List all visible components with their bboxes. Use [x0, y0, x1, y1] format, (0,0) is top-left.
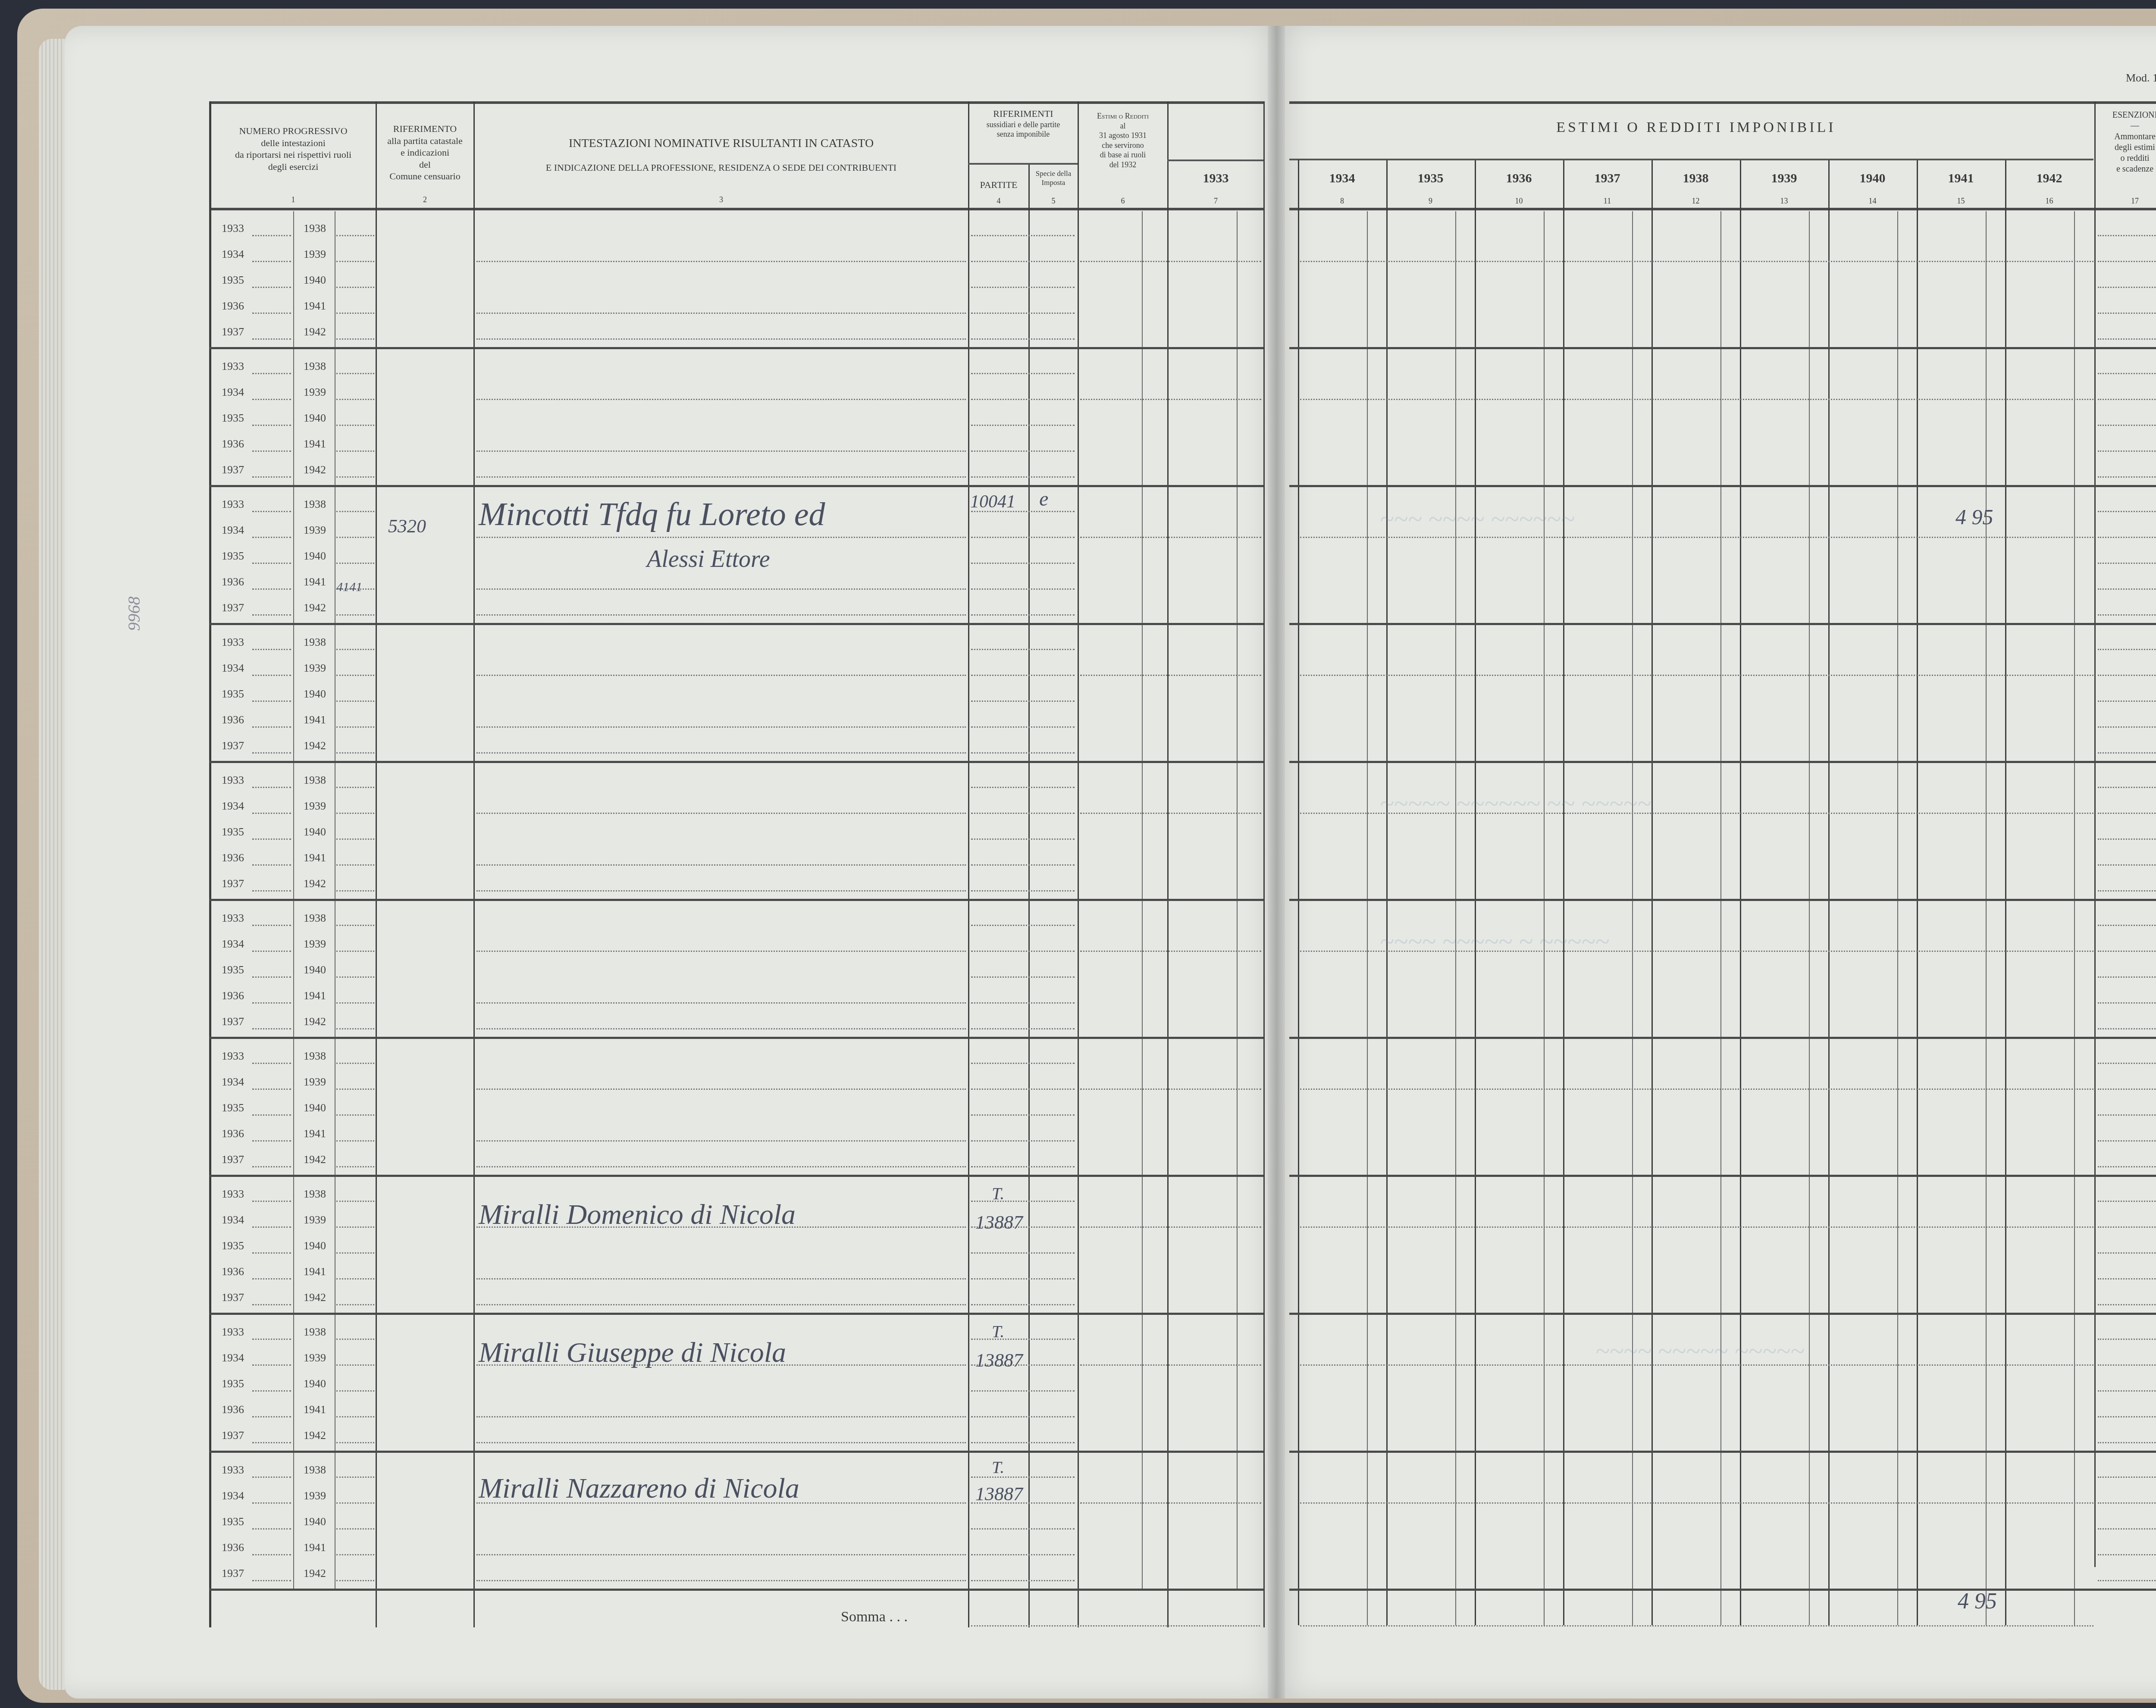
dotted-leader — [2098, 675, 2156, 676]
dotted-leader — [2098, 425, 2156, 426]
col1-line-2: da riportarsi nei rispettivi ruoli — [211, 149, 375, 161]
dotted-leader — [336, 1278, 374, 1279]
block-separator — [1289, 623, 2156, 625]
esenzioni-line-3: o redditi — [2095, 153, 2156, 164]
dotted-leader — [1300, 399, 2093, 400]
dotted-leader — [252, 313, 291, 314]
dotted-leader — [336, 675, 374, 676]
row-year-right: 1941 — [295, 300, 334, 313]
row-year-right: 1941 — [295, 713, 334, 726]
dotted-leader — [476, 313, 966, 314]
dotted-leader — [336, 425, 374, 426]
dotted-leader — [252, 787, 291, 788]
dotted-leader — [1300, 537, 2093, 538]
block-separator — [209, 1313, 1263, 1315]
entry-10-partite-top: T. — [992, 1457, 1004, 1477]
col3-title: INTESTAZIONI NOMINATIVE RISULTANTI IN CA… — [474, 136, 968, 151]
dotted-leader — [252, 1140, 291, 1142]
dotted-leader — [2098, 235, 2156, 236]
dotted-leader — [2098, 261, 2156, 262]
dotted-leader — [2098, 1063, 2156, 1064]
dotted-leader — [2098, 701, 2156, 702]
dotted-leader — [971, 1416, 1075, 1417]
dotted-leader — [336, 1416, 374, 1417]
dotted-leader — [336, 1442, 374, 1443]
dotted-leader — [252, 701, 291, 702]
row-year-right: 1938 — [295, 1050, 334, 1063]
book-gutter — [1268, 26, 1285, 1699]
col7-index: 7 — [1168, 196, 1263, 206]
dotted-leader — [476, 476, 966, 478]
dotted-leader — [252, 425, 291, 426]
block-separator — [209, 1037, 1263, 1039]
dotted-leader — [336, 649, 374, 650]
dotted-leader — [971, 787, 1075, 788]
dotted-leader — [2098, 890, 2156, 892]
dotted-leader — [252, 1028, 291, 1029]
dotted-leader — [336, 1364, 374, 1366]
entry-9-partite-top: T. — [992, 1321, 1004, 1342]
dotted-leader — [336, 476, 374, 478]
dotted-leader — [252, 1278, 291, 1279]
dotted-leader — [2098, 1201, 2156, 1202]
total-year-1941: 4 95 — [1958, 1589, 1997, 1614]
dotted-leader — [252, 1304, 291, 1305]
dotted-leader — [476, 726, 966, 728]
row-year-left: 1935 — [213, 412, 252, 425]
year-header-1940: 1940 — [1828, 170, 1917, 187]
row-year-left: 1934 — [213, 1214, 252, 1226]
dotted-leader — [2098, 1304, 2156, 1305]
year-column-divider — [2005, 160, 2006, 1625]
year-column-divider — [1475, 160, 1476, 1625]
col6-line-1: al — [1078, 121, 1167, 131]
row-year-right: 1939 — [295, 524, 334, 537]
dotted-leader — [336, 890, 374, 892]
block-separator — [1289, 1037, 2156, 1039]
row-year-left: 1936 — [213, 438, 252, 450]
dotted-leader — [971, 1114, 1075, 1116]
dotted-leader — [336, 1028, 374, 1029]
dotted-leader — [476, 675, 966, 676]
row-year-right: 1939 — [295, 1489, 334, 1502]
row-year-right: 1942 — [295, 1567, 334, 1580]
dotted-leader — [2098, 752, 2156, 754]
row-year-left: 1936 — [213, 989, 252, 1002]
row-year-left: 1934 — [213, 938, 252, 951]
dotted-leader — [2098, 1114, 2156, 1116]
dotted-leader — [336, 925, 374, 926]
dotted-leader — [336, 701, 374, 702]
cents-divider — [2074, 211, 2075, 1625]
dotted-leader — [336, 287, 374, 288]
row-year-left: 1935 — [213, 688, 252, 701]
dotted-leader — [336, 1226, 374, 1228]
dotted-leader — [336, 511, 374, 512]
cents-divider — [1809, 211, 1810, 1625]
dotted-leader — [336, 1166, 374, 1167]
row-year-right: 1940 — [295, 550, 334, 563]
dotted-leader — [476, 1304, 966, 1305]
col2-line-2: e indicazioni — [376, 147, 473, 159]
dotted-leader — [2098, 313, 2156, 314]
row-year-left: 1934 — [213, 524, 252, 537]
total-label: Somma . . . — [841, 1608, 970, 1627]
dotted-leader — [336, 373, 374, 374]
row-year-left: 1936 — [213, 1541, 252, 1554]
dotted-leader — [971, 1304, 1075, 1305]
row-year-left: 1937 — [213, 601, 252, 614]
dotted-leader — [2098, 1364, 2156, 1366]
dotted-leader — [336, 399, 374, 400]
entry-8-name: Miralli Domenico di Nicola — [479, 1198, 796, 1231]
dotted-leader — [252, 1554, 291, 1555]
dotted-leader — [476, 864, 966, 866]
dotted-leader — [336, 1114, 374, 1116]
dotted-leader — [336, 1063, 374, 1064]
dotted-leader — [2098, 1528, 2156, 1530]
col1-line-1: delle intestazioni — [211, 137, 375, 149]
dotted-leader — [2098, 813, 2156, 814]
dotted-leader — [1080, 813, 1261, 814]
dotted-leader — [476, 890, 966, 892]
dotted-leader — [971, 287, 1075, 288]
dotted-leader — [2098, 476, 2156, 478]
col4-index: 4 — [969, 196, 1028, 206]
dotted-leader — [336, 614, 374, 616]
row-year-left: 1934 — [213, 1076, 252, 1089]
row-year-right: 1938 — [295, 222, 334, 235]
dotted-leader — [252, 338, 291, 340]
row-year-right: 1938 — [295, 360, 334, 373]
dotted-leader — [252, 1339, 291, 1340]
row-year-right: 1942 — [295, 1015, 334, 1028]
dotted-leader — [971, 675, 1075, 676]
row-year-right: 1942 — [295, 325, 334, 338]
dotted-leader — [336, 1089, 374, 1090]
dotted-leader — [2098, 838, 2156, 840]
dotted-leader — [476, 1002, 966, 1004]
dotted-leader — [2098, 537, 2156, 538]
row-year-right: 1939 — [295, 662, 334, 675]
dotted-leader — [252, 925, 291, 926]
row-year-left: 1937 — [213, 1567, 252, 1580]
year-column-divider — [1740, 160, 1741, 1625]
dotted-leader — [336, 838, 374, 840]
row-year-left: 1933 — [213, 1188, 252, 1201]
row-year-right: 1938 — [295, 498, 334, 511]
row-year-left: 1935 — [213, 1515, 252, 1528]
row-year-right: 1942 — [295, 601, 334, 614]
esenzioni-title: ESENZIONI — [2095, 110, 2156, 121]
dotted-leader — [336, 787, 374, 788]
dotted-leader — [2098, 1554, 2156, 1555]
dotted-leader — [476, 1278, 966, 1279]
dotted-leader — [971, 1278, 1075, 1279]
dotted-leader — [971, 399, 1075, 400]
dotted-leader — [252, 1063, 291, 1064]
block-separator — [209, 899, 1263, 901]
year-index-1934: 8 — [1298, 196, 1386, 206]
dotted-leader — [2098, 373, 2156, 374]
year-index-1936: 10 — [1475, 196, 1563, 206]
col7-year: 1933 — [1168, 170, 1263, 187]
row-year-left: 1935 — [213, 826, 252, 838]
entry-9-partite: 13887 — [975, 1349, 1023, 1371]
block-separator — [209, 1451, 1263, 1453]
dotted-leader — [336, 1252, 374, 1254]
dotted-leader — [2098, 1390, 2156, 1392]
dotted-leader — [971, 649, 1075, 650]
cents-divider — [1367, 211, 1368, 1625]
dotted-leader — [2098, 1580, 2156, 1581]
entry-10-partite: 13887 — [975, 1483, 1023, 1505]
dotted-leader — [476, 450, 966, 452]
row-year-right: 1942 — [295, 463, 334, 476]
dotted-leader — [252, 1390, 291, 1392]
esenzioni-dash: — — [2095, 121, 2156, 131]
block-separator — [1289, 1175, 2156, 1177]
dotted-leader — [971, 563, 1075, 564]
dotted-leader — [336, 1304, 374, 1305]
row-year-left: 1935 — [213, 1239, 252, 1252]
dotted-leader — [2098, 511, 2156, 512]
dotted-leader — [476, 951, 966, 952]
dotted-leader — [1080, 537, 1261, 538]
dotted-leader — [1300, 675, 2093, 676]
dotted-leader — [252, 588, 291, 590]
dotted-leader — [971, 450, 1075, 452]
year-column-divider — [1917, 160, 1918, 1625]
dotted-leader — [2098, 726, 2156, 728]
esenzioni-line-4: e scadenze — [2095, 164, 2156, 175]
row-year-right: 1938 — [295, 1464, 334, 1477]
dotted-leader — [2098, 1028, 2156, 1029]
dotted-leader — [1300, 1226, 2093, 1228]
block-separator — [209, 485, 1263, 487]
row-year-right: 1939 — [295, 938, 334, 951]
year-column-divider — [1651, 160, 1653, 1625]
row-year-left: 1933 — [213, 1464, 252, 1477]
dotted-leader — [2098, 1477, 2156, 1478]
row-year-right: 1939 — [295, 248, 334, 261]
dotted-leader — [971, 1554, 1075, 1555]
dotted-leader — [2098, 1442, 2156, 1443]
dotted-leader — [971, 752, 1075, 754]
row-year-right: 1939 — [295, 800, 334, 813]
cents-divider — [1455, 211, 1456, 1625]
dotted-leader — [2098, 1339, 2156, 1340]
row-year-left: 1936 — [213, 300, 252, 313]
dotted-leader — [1080, 1364, 1261, 1366]
row-year-right: 1940 — [295, 1377, 334, 1390]
col6-line-3: che servirono — [1078, 141, 1167, 150]
row-year-left: 1933 — [213, 774, 252, 787]
dotted-leader — [476, 588, 966, 590]
dotted-leader — [252, 1416, 291, 1417]
dotted-leader — [252, 1114, 291, 1116]
cents-divider — [1720, 211, 1721, 1625]
dotted-leader — [252, 1364, 291, 1366]
dotted-leader — [336, 726, 374, 728]
row-year-right: 1942 — [295, 1153, 334, 1166]
dotted-leader — [336, 1201, 374, 1202]
dotted-leader — [2098, 1166, 2156, 1167]
dotted-leader — [252, 261, 291, 262]
block-separator — [1289, 761, 2156, 763]
dotted-leader — [252, 537, 291, 538]
block-separator — [1289, 485, 2156, 487]
row-year-right: 1941 — [295, 989, 334, 1002]
row-year-left: 1937 — [213, 877, 252, 890]
dotted-leader — [252, 1002, 291, 1004]
cents-divider — [1632, 211, 1633, 1625]
entry-8-partite-top: T. — [992, 1183, 1004, 1204]
row-year-left: 1934 — [213, 1351, 252, 1364]
row-year-left: 1937 — [213, 1153, 252, 1166]
block-separator — [1289, 899, 2156, 901]
dotted-leader — [336, 235, 374, 236]
dotted-leader — [971, 537, 1075, 538]
dotted-leader — [336, 1477, 374, 1478]
dotted-leader — [476, 813, 966, 814]
col6-line-4: di base ai ruoli — [1078, 150, 1167, 160]
dotted-leader — [252, 838, 291, 840]
row-year-right: 1940 — [295, 1515, 334, 1528]
dotted-leader — [476, 1442, 966, 1443]
entry-3-name-line2: Alessi Ettore — [647, 545, 770, 573]
dotted-leader — [2098, 951, 2156, 952]
dotted-leader — [476, 338, 966, 340]
dotted-leader — [476, 1028, 966, 1029]
entry-9-name: Miralli Giuseppe di Nicola — [479, 1336, 786, 1369]
dotted-leader — [476, 1416, 966, 1417]
right-group-title: ESTIMI O REDDITI IMPONIBILI — [1298, 119, 2094, 137]
form-id: Mod. 111 - Imposte Dirette (Intercalare)… — [2126, 71, 2156, 85]
row-year-left: 1937 — [213, 739, 252, 752]
row-year-left: 1934 — [213, 1489, 252, 1502]
bleed-through-writing: ~~~ ~~~~ ~~~~~~ — [1380, 504, 1575, 534]
dotted-leader — [252, 614, 291, 616]
dotted-leader — [252, 813, 291, 814]
dotted-leader — [971, 476, 1075, 478]
dotted-leader — [971, 1201, 1075, 1202]
dotted-leader — [971, 890, 1075, 892]
dotted-leader — [2098, 399, 2156, 400]
dotted-leader — [971, 864, 1075, 866]
year-header-1937: 1937 — [1563, 170, 1651, 187]
dotted-leader — [1300, 1502, 2093, 1504]
dotted-leader — [971, 701, 1075, 702]
right-page — [1276, 26, 2156, 1699]
dotted-leader — [971, 813, 1075, 814]
dotted-leader — [252, 752, 291, 754]
dotted-leader — [2098, 1089, 2156, 1090]
dotted-leader — [971, 976, 1075, 978]
year-index-1942: 16 — [2005, 196, 2093, 206]
dotted-leader — [336, 563, 374, 564]
dotted-leader — [336, 1390, 374, 1392]
dotted-leader — [336, 537, 374, 538]
col4-label: PARTITE — [969, 179, 1028, 191]
year-column-divider — [1828, 160, 1830, 1625]
col6-title: Estimi o Redditi — [1078, 111, 1167, 121]
col2-title: RIFERIMENTO — [376, 123, 473, 135]
bleed-through-writing: ~~~~ ~~~~~ ~~~~~ — [1595, 1336, 1804, 1366]
riferimenti-line-2: senza imponibile — [969, 129, 1078, 139]
dotted-leader — [252, 450, 291, 452]
year-header-1935: 1935 — [1386, 170, 1475, 187]
row-year-left: 1936 — [213, 576, 252, 588]
dotted-leader — [252, 1502, 291, 1504]
dotted-leader — [336, 261, 374, 262]
dotted-leader — [1080, 1502, 1261, 1504]
dotted-leader — [476, 537, 966, 538]
year-header-1941: 1941 — [1917, 170, 2005, 187]
row-year-right: 1942 — [295, 877, 334, 890]
dotted-leader — [476, 614, 966, 616]
col3-subtitle: E INDICAZIONE DELLA PROFESSIONE, RESIDEN… — [474, 162, 968, 174]
row-year-right: 1941 — [295, 1127, 334, 1140]
row-year-right: 1941 — [295, 576, 334, 588]
dotted-leader — [252, 1442, 291, 1443]
col2-line-1: alla partita catastale — [376, 135, 473, 147]
row-year-right: 1940 — [295, 688, 334, 701]
dotted-leader — [252, 1477, 291, 1478]
dotted-leader — [971, 1442, 1075, 1443]
entry-8-partite: 13887 — [975, 1211, 1023, 1233]
dotted-leader — [252, 563, 291, 564]
dotted-leader — [1080, 951, 1261, 952]
row-year-right: 1940 — [295, 1101, 334, 1114]
dotted-leader — [971, 261, 1075, 262]
dotted-leader — [252, 976, 291, 978]
total-dotted-line — [1300, 1625, 2093, 1627]
row-year-right: 1941 — [295, 1265, 334, 1278]
year-header-1939: 1939 — [1740, 170, 1828, 187]
row-year-left: 1936 — [213, 1265, 252, 1278]
dotted-leader — [336, 1339, 374, 1340]
dotted-leader — [1300, 261, 2093, 262]
row-year-left: 1933 — [213, 222, 252, 235]
row-year-right: 1938 — [295, 636, 334, 649]
dotted-leader — [2098, 1140, 2156, 1142]
block-separator — [209, 623, 1263, 625]
cents-divider — [1986, 211, 1987, 1625]
dotted-leader — [476, 261, 966, 262]
dotted-leader — [2098, 1502, 2156, 1504]
col2-line-3: del — [376, 159, 473, 171]
row-year-right: 1941 — [295, 1403, 334, 1416]
dotted-leader — [2098, 1226, 2156, 1228]
row-year-left: 1936 — [213, 713, 252, 726]
dotted-leader — [252, 476, 291, 478]
row-year-left: 1937 — [213, 1429, 252, 1442]
dotted-leader — [252, 649, 291, 650]
year-header-1934: 1934 — [1298, 170, 1386, 187]
row-year-left: 1934 — [213, 386, 252, 399]
cents-divider — [1897, 211, 1898, 1625]
col1-index: 1 — [211, 195, 375, 205]
row-year-left: 1936 — [213, 1403, 252, 1416]
dotted-leader — [971, 1580, 1075, 1581]
margin-note: 9968 — [124, 597, 144, 631]
row-year-left: 1935 — [213, 274, 252, 287]
dotted-leader — [252, 1226, 291, 1228]
col6-line-2: 31 agosto 1931 — [1078, 131, 1167, 141]
col5-label: Specie della Imposta — [1030, 169, 1077, 188]
entry-10-name: Miralli Nazzareno di Nicola — [479, 1472, 799, 1505]
